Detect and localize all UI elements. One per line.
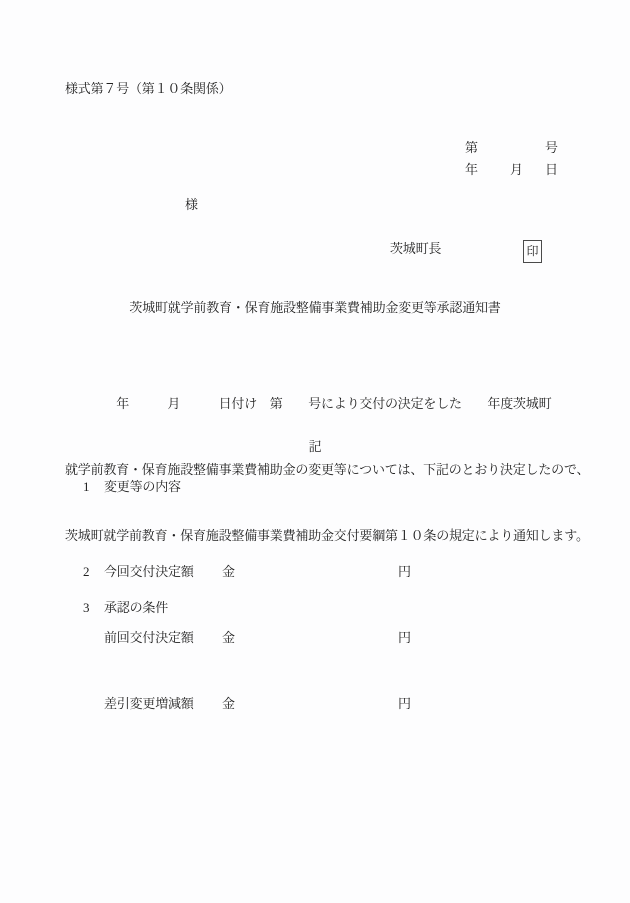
record-marker: 記 bbox=[0, 437, 630, 457]
amount-label: 前回交付決定額 bbox=[104, 627, 222, 649]
document-title: 茨城町就学前教育・保育施設整備事業費補助金変更等承認通知書 bbox=[0, 298, 630, 318]
section-1: 1変更等の内容 bbox=[83, 477, 181, 497]
unit-label: 円 bbox=[398, 564, 411, 579]
form-number: 様式第７号（第１０条関係） bbox=[65, 79, 231, 99]
doc-number-suffix: 号 bbox=[545, 140, 558, 155]
section-label: 変更等の内容 bbox=[104, 479, 181, 494]
amount-label: 今回交付決定額 bbox=[104, 561, 222, 583]
amount-label: 差引変更増減額 bbox=[104, 693, 222, 715]
amount-row: 2今回交付決定額金円 bbox=[83, 561, 411, 583]
date-month-label: 月 bbox=[510, 160, 545, 180]
currency-label: 金 bbox=[222, 627, 398, 649]
currency-label: 金 bbox=[222, 693, 398, 715]
doc-number-prefix: 第 bbox=[465, 138, 545, 158]
date-line: 年月日 bbox=[465, 160, 558, 180]
addressee-honorific: 様 bbox=[185, 195, 198, 215]
section-number: 2 bbox=[83, 561, 104, 583]
body-line: 年 月 日付け 第 号により交付の決定をした 年度茨城町 bbox=[65, 393, 580, 415]
unit-label: 円 bbox=[398, 630, 411, 645]
amount-block: 2今回交付決定額金円 前回交付決定額金円 差引変更増減額金円 bbox=[83, 517, 411, 759]
amount-row: 差引変更増減額金円 bbox=[83, 693, 411, 715]
section-number: 3 bbox=[83, 598, 104, 618]
document-page: 様式第７号（第１０条関係） 第号 年月日 様 茨城町長 印 茨城町就学前教育・保… bbox=[0, 0, 630, 903]
seal-stamp: 印 bbox=[523, 240, 542, 263]
issuer-title: 茨城町長 bbox=[390, 239, 441, 259]
date-day-label: 日 bbox=[545, 162, 558, 177]
date-year-label: 年 bbox=[465, 160, 510, 180]
amount-row: 前回交付決定額金円 bbox=[83, 627, 411, 649]
section-number: 1 bbox=[83, 477, 104, 497]
unit-label: 円 bbox=[398, 696, 411, 711]
section-3: 3承認の条件 bbox=[83, 598, 168, 618]
currency-label: 金 bbox=[222, 561, 398, 583]
section-label: 承認の条件 bbox=[104, 600, 168, 615]
doc-number-line: 第号 bbox=[465, 138, 558, 158]
